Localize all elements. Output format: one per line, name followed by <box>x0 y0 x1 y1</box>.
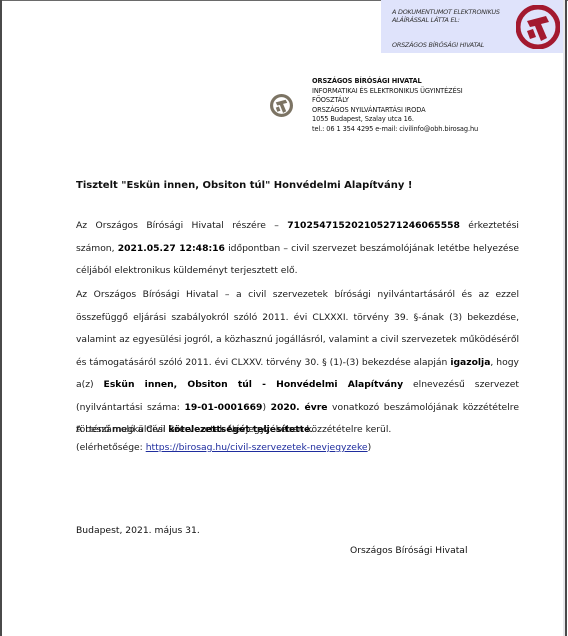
date-line: Budapest, 2021. május 31. <box>76 525 200 536</box>
obh-logo-icon <box>270 94 293 117</box>
page-frame-right <box>565 0 567 636</box>
report-year: 2020. évre <box>271 402 328 413</box>
publication-note: A beszámoló a Civil Szervezetek Névjegyz… <box>76 421 519 439</box>
paragraph-receipt: Az Országos Bírósági Hivatal részére – 7… <box>76 215 519 283</box>
letterhead-unit: ORSZÁGOS NYILVÁNTARTÁSI IRODA <box>312 106 478 116</box>
registry-link[interactable]: https://birosag.hu/civil-szervezetek-nev… <box>146 442 368 453</box>
text: ) <box>368 442 372 453</box>
availability-line: (elérhetősége: https://birosag.hu/civil-… <box>76 439 519 457</box>
letterhead-office: ORSZÁGOS BÍRÓSÁGI HIVATAL <box>312 77 478 87</box>
page-frame-left <box>0 0 2 636</box>
stamp-caption-line1: A DOKUMENTUMOT ELEKTRONIKUS <box>392 8 500 16</box>
paragraph-publication: A beszámoló a Civil Szervezetek Névjegyz… <box>76 421 519 457</box>
registration-number: 710254715202105271246065558 <box>287 220 460 231</box>
letterhead-contact: tel.: 06 1 354 4295 e-mail: civilinfo@ob… <box>312 125 478 135</box>
obh-logo-icon <box>516 5 560 49</box>
letterhead-department: INFORMATIKAI ÉS ELEKTRONIKUS ÜGYINTÉZÉSI <box>312 87 478 97</box>
letterhead-address: 1055 Budapest, Szalay utca 16. <box>312 115 478 125</box>
salutation: Tisztelt "Eskün innen, Obsiton túl" Honv… <box>76 180 412 191</box>
electronic-signature-stamp: A DOKUMENTUMOT ELEKTRONIKUS ALÁÍRÁSSAL L… <box>381 0 563 53</box>
organization-name: Eskün innen, Obsiton túl - Honvédelmi Al… <box>104 379 404 390</box>
letterhead: ORSZÁGOS BÍRÓSÁGI HIVATAL INFORMATIKAI É… <box>312 77 478 135</box>
stamp-caption-line2: ALÁÍRÁSSAL LÁTTA EL: <box>392 16 460 24</box>
signer: Országos Bírósági Hivatal <box>350 545 468 556</box>
paragraph-certification: Az Országos Bírósági Hivatal – a civil s… <box>76 284 519 442</box>
text: Az Országos Bírósági Hivatal részére – <box>76 220 287 231</box>
submission-timestamp: 2021.05.27 12:48:16 <box>118 243 225 254</box>
stamp-organization: ORSZÁGOS BÍRÓSÁGI HIVATAL <box>392 41 484 49</box>
letterhead-department-cont: FŐOSZTÁLY <box>312 96 478 106</box>
text: ) <box>262 402 270 413</box>
text: (elérhetősége: <box>76 442 146 453</box>
organization-number: 19-01-0001669 <box>184 402 262 413</box>
certifies-text: igazolja <box>450 357 490 368</box>
